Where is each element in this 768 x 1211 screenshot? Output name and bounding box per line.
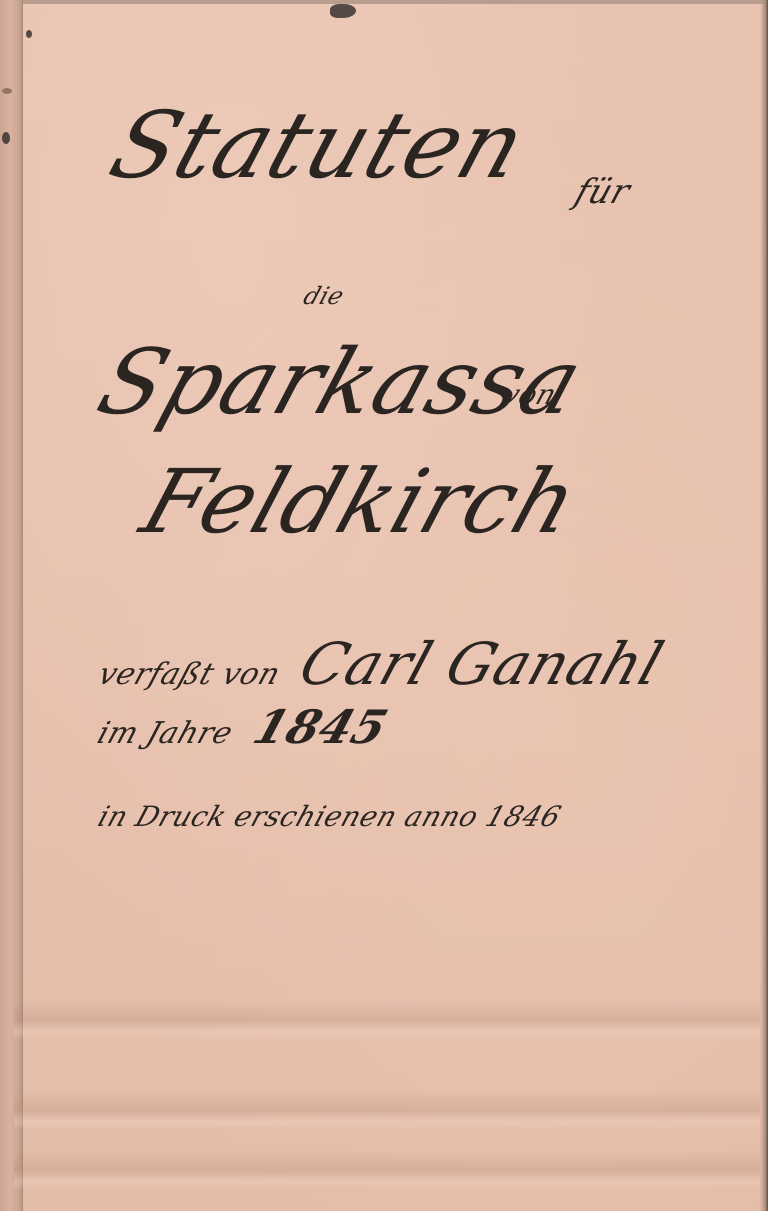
ink-stain (330, 4, 356, 18)
ink-stain (26, 30, 32, 38)
institution-suffix: von (498, 378, 561, 411)
year-line: im Jahre 1845 (92, 700, 395, 754)
ink-stain (2, 88, 12, 94)
year-value: 1845 (247, 700, 395, 754)
author-prefix: verfaßt von (94, 657, 285, 692)
author-line: verfaßt von Carl Ganahl (92, 630, 672, 698)
page-top-edge (0, 0, 768, 4)
place-name: Feldkirch (130, 450, 590, 553)
year-prefix: im Jahre (93, 716, 237, 751)
paper-fold (14, 1000, 760, 1040)
document-page: Statuten für die Sparkassa von Feldkirch… (0, 0, 768, 1211)
paper-fold (14, 1090, 760, 1130)
paper-fold (14, 1150, 760, 1190)
page-right-edge (760, 0, 768, 1211)
document-title: Statuten (98, 92, 539, 199)
article-text: die (300, 282, 348, 310)
print-note: in Druck erschienen anno 1846 (94, 800, 565, 833)
title-suffix: für (570, 172, 635, 212)
ink-stain (2, 132, 10, 144)
author-name: Carl Ganahl (292, 630, 672, 698)
